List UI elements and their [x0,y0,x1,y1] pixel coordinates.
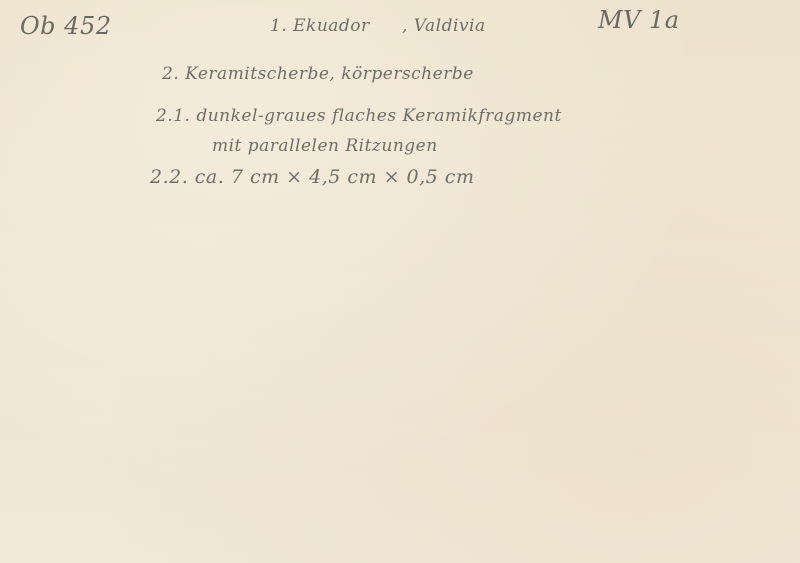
line-2-category: 2. Keramitscherbe, körperscherbe [162,64,474,84]
heading-place: , Valdivia [402,16,486,36]
inventory-number: Ob 452 [20,12,111,40]
heading-number: 1. Ekuador [270,16,370,36]
collection-code: MV 1a [598,6,680,34]
line-2-2-dimensions: 2.2. ca. 7 cm × 4,5 cm × 0,5 cm [150,166,474,188]
index-card: Ob 452 1. Ekuador , Valdivia MV 1a 2. Ke… [0,0,800,563]
line-2-1-description-cont: mit parallelen Ritzungen [212,136,438,156]
line-2-1-description: 2.1. dunkel-graues flaches Keramikfragme… [156,106,562,126]
